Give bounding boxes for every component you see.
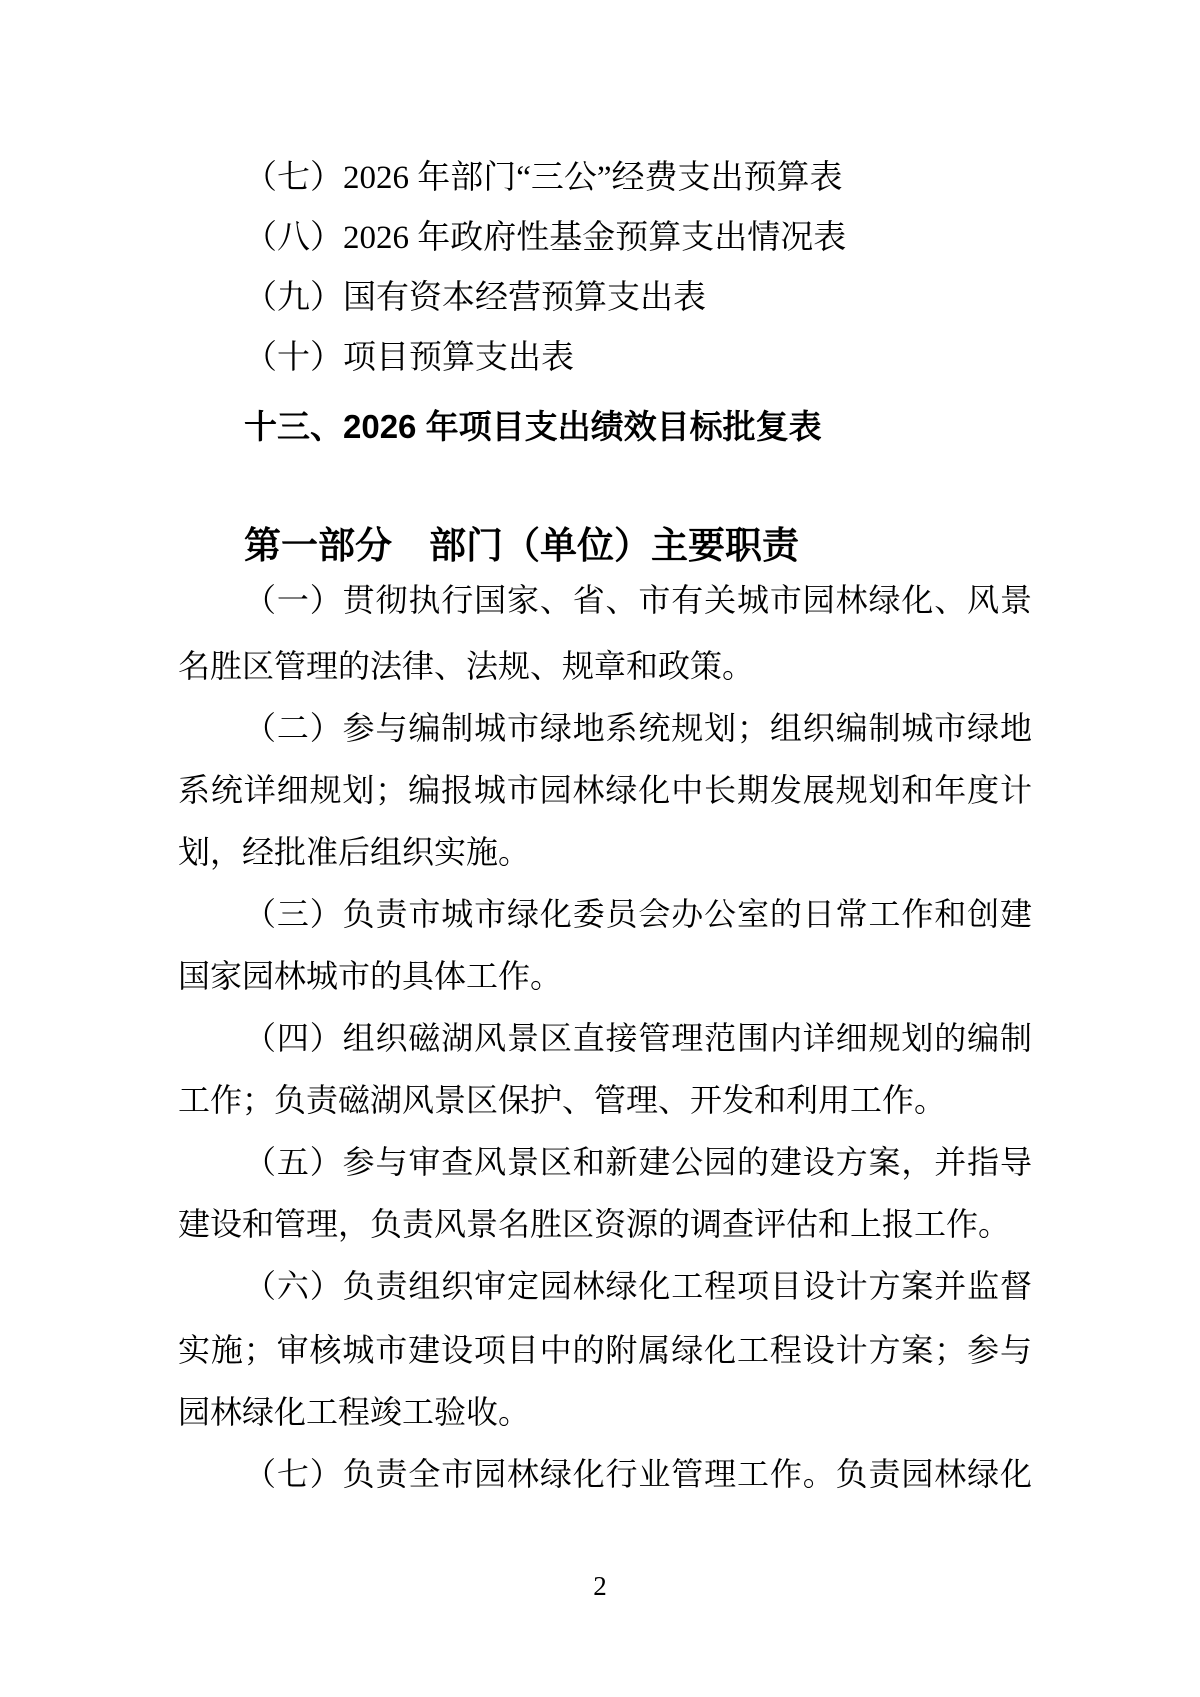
page-number: 2 [0,1564,1200,1608]
body-line: 实施；审核城市建设项目中的附属绿化工程设计方案；参与 [178,1328,1032,1372]
document-page: （七）2026 年部门“三公”经费支出预算表 （八）2026 年政府性基金预算支… [0,0,1200,1697]
body-line: （一）贯彻执行国家、省、市有关城市园林绿化、风景 [178,578,1032,622]
body-line: （五）参与审查风景区和新建公园的建设方案，并指导 [178,1140,1032,1184]
body-line: 工作；负责磁湖风景区保护、管理、开发和利用工作。 [178,1078,1032,1122]
body-line: 划，经批准后组织实施。 [178,830,1032,874]
body-line: 名胜区管理的法律、法规、规章和政策。 [178,644,1032,688]
body-line: （六）负责组织审定园林绿化工程项目设计方案并监督 [178,1264,1032,1308]
toc-item: （九）国有资本经营预算支出表 [178,276,1098,320]
toc-item: （七）2026 年部门“三公”经费支出预算表 [178,156,1098,200]
body-line: 建设和管理，负责风景名胜区资源的调查评估和上报工作。 [178,1202,1032,1246]
body-line: （七）负责全市园林绿化行业管理工作。负责园林绿化 [178,1452,1032,1496]
body-line: （二）参与编制城市绿地系统规划；组织编制城市绿地 [178,706,1032,750]
body-line: （四）组织磁湖风景区直接管理范围内详细规划的编制 [178,1016,1032,1060]
body-line: （三）负责市城市绿化委员会办公室的日常工作和创建 [178,892,1032,936]
toc-item-bold: 十三、2026 年项目支出绩效目标批复表 [178,405,1098,449]
section-heading: 第一部分 部门（单位）主要职责 [178,521,1098,571]
body-line: 系统详细规划；编报城市园林绿化中长期发展规划和年度计 [178,768,1032,812]
body-line: 国家园林城市的具体工作。 [178,954,1032,998]
toc-item: （十）项目预算支出表 [178,336,1098,380]
toc-item: （八）2026 年政府性基金预算支出情况表 [178,216,1098,260]
body-line: 园林绿化工程竣工验收。 [178,1390,1032,1434]
